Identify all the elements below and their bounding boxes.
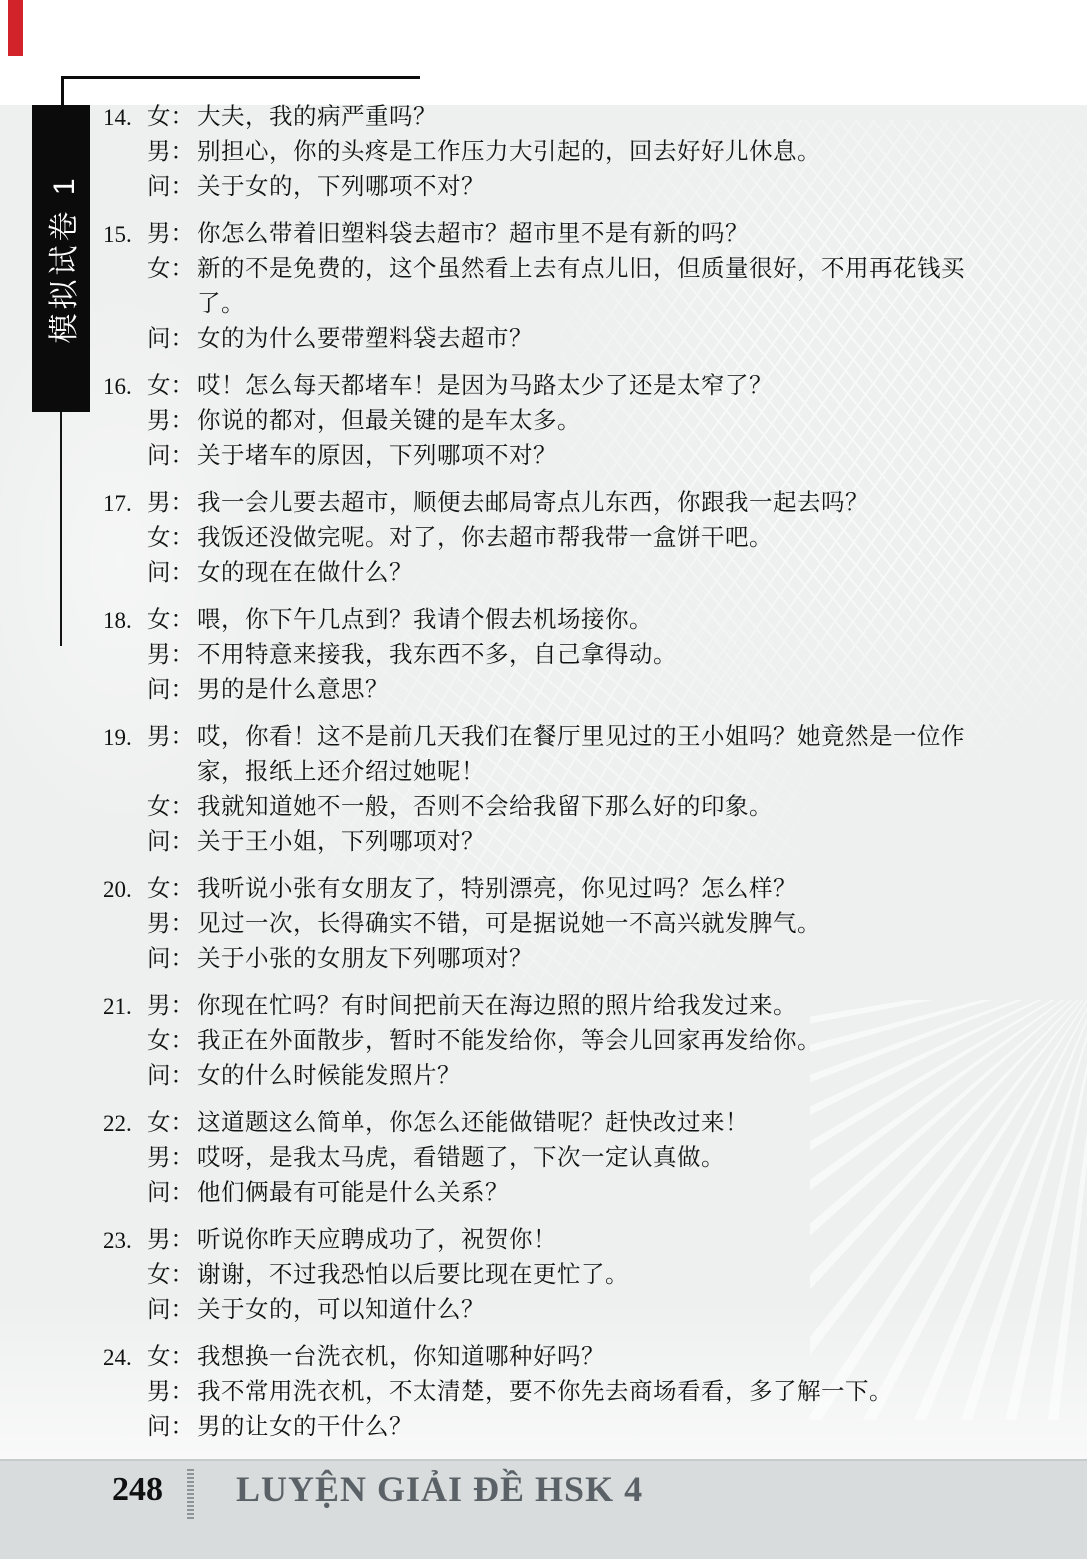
speaker-label: 男：	[147, 1375, 197, 1410]
dialogue-text: 女的现在在做什么？	[197, 556, 413, 591]
speaker-label: 女：	[147, 790, 197, 825]
dialogue-text: 谢谢，不过我恐怕以后要比现在更忙了。	[197, 1258, 629, 1293]
dialogue-text: 喂，你下午几点到？我请个假去机场接你。	[197, 603, 653, 638]
header-rule-vertical	[61, 76, 64, 108]
dialogue-line: 问：关于女的，可以知道什么？	[147, 1293, 1033, 1328]
dialogue-line: 男：你现在忙吗？有时间把前天在海边照的照片给我发过来。	[147, 989, 1033, 1024]
item-number: 16.	[103, 369, 132, 404]
speaker-label: 女：	[147, 1340, 197, 1375]
dialogue-text: 女的为什么要带塑料袋去超市？	[197, 322, 533, 357]
dialogue-line: 男：别担心，你的头疼是工作压力大引起的，回去好好儿休息。	[147, 135, 1033, 170]
speaker-label: 女：	[147, 872, 197, 907]
red-bookmark-mark	[8, 0, 23, 56]
speaker-label: 问：	[147, 1176, 197, 1211]
dialogue-text: 了。	[197, 287, 245, 322]
listening-item: 19.男：哎，你看！这不是前几天我们在餐厅里见过的王小姐吗？她竟然是一位作家，报…	[103, 720, 1033, 860]
dialogue-line: 男：哎，你看！这不是前几天我们在餐厅里见过的王小姐吗？她竟然是一位作	[147, 720, 1033, 755]
dialogue-line: 家，报纸上还介绍过她呢！	[147, 755, 1033, 790]
speaker-label: 男：	[147, 217, 197, 252]
item-number: 15.	[103, 217, 132, 252]
speaker-label: 问：	[147, 1059, 197, 1094]
speaker-label	[147, 287, 197, 322]
listening-item: 24.女：我想换一台洗衣机，你知道哪种好吗？男：我不常用洗衣机，不太清楚，要不你…	[103, 1340, 1033, 1445]
dialogue-text: 男的是什么意思？	[197, 673, 389, 708]
dialogue-line: 问：关于小张的女朋友下列哪项对？	[147, 942, 1033, 977]
dialogue-text: 我饭还没做完呢。对了，你去超市帮我带一盒饼干吧。	[197, 521, 773, 556]
item-number: 18.	[103, 603, 132, 638]
listening-item: 17.男：我一会儿要去超市，顺便去邮局寄点儿东西，你跟我一起去吗？女：我饭还没做…	[103, 486, 1033, 591]
listening-item: 16.女：哎！怎么每天都堵车！是因为马路太少了还是太窄了？男：你说的都对，但最关…	[103, 369, 1033, 474]
dialogue-text: 哎，你看！这不是前几天我们在餐厅里见过的王小姐吗？她竟然是一位作	[197, 720, 965, 755]
dialogue-text: 关于女的，可以知道什么？	[197, 1293, 485, 1328]
dialogue-line: 女：我就知道她不一般，否则不会给我留下那么好的印象。	[147, 790, 1033, 825]
dialogue-text: 我就知道她不一般，否则不会给我留下那么好的印象。	[197, 790, 773, 825]
dialogue-line: 女：哎！怎么每天都堵车！是因为马路太少了还是太窄了？	[147, 369, 1033, 404]
dialogue-line: 问：关于女的，下列哪项不对？	[147, 170, 1033, 205]
dialogue-text: 女的什么时候能发照片？	[197, 1059, 461, 1094]
speaker-label: 女：	[147, 1024, 197, 1059]
dialogue-line: 男：不用特意来接我，我东西不多，自己拿得动。	[147, 638, 1033, 673]
dialogue-line: 女：我正在外面散步，暂时不能发给你，等会儿回家再发给你。	[147, 1024, 1033, 1059]
dialogue-text: 我想换一台洗衣机，你知道哪种好吗？	[197, 1340, 605, 1375]
dialogue-text: 你怎么带着旧塑料袋去超市？超市里不是有新的吗？	[197, 217, 749, 252]
dialogue-line: 男：哎呀，是我太马虎，看错题了，下次一定认真做。	[147, 1141, 1033, 1176]
speaker-label: 男：	[147, 486, 197, 521]
sidebar-tab-label: 模拟试卷 1	[39, 174, 83, 343]
item-number: 24.	[103, 1340, 132, 1375]
dialogue-line: 女：喂，你下午几点到？我请个假去机场接你。	[147, 603, 1033, 638]
speaker-label: 问：	[147, 322, 197, 357]
speaker-label: 男：	[147, 907, 197, 942]
dialogue-line: 女：我饭还没做完呢。对了，你去超市帮我带一盒饼干吧。	[147, 521, 1033, 556]
book-page: 模拟试卷 1 14.女：大夫，我的病严重吗？男：别担心，你的头疼是工作压力大引起…	[0, 0, 1087, 1559]
dialogue-line: 问：女的为什么要带塑料袋去超市？	[147, 322, 1033, 357]
listening-item: 23.男：听说你昨天应聘成功了，祝贺你！女：谢谢，不过我恐怕以后要比现在更忙了。…	[103, 1223, 1033, 1328]
dialogue-line: 男：你说的都对，但最关键的是车太多。	[147, 404, 1033, 439]
speaker-label: 女：	[147, 252, 197, 287]
speaker-label: 女：	[147, 1106, 197, 1141]
speaker-label: 问：	[147, 825, 197, 860]
dialogue-line: 男：听说你昨天应聘成功了，祝贺你！	[147, 1223, 1033, 1258]
dialogue-line: 了。	[147, 287, 1033, 322]
dialogue-text: 这道题这么简单，你怎么还能做错呢？赶快改过来！	[197, 1106, 749, 1141]
dialogue-text: 大夫，我的病严重吗？	[197, 100, 437, 135]
item-number: 17.	[103, 486, 132, 521]
dialogue-text: 新的不是免费的，这个虽然看上去有点儿旧，但质量很好，不用再花钱买	[197, 252, 965, 287]
dialogue-text: 听说你昨天应聘成功了，祝贺你！	[197, 1223, 557, 1258]
speaker-label: 问：	[147, 439, 197, 474]
dialogue-text: 他们俩最有可能是什么关系？	[197, 1176, 509, 1211]
dialogue-text: 见过一次，长得确实不错，可是据说她一不高兴就发脾气。	[197, 907, 821, 942]
speaker-label: 男：	[147, 989, 197, 1024]
dialogue-line: 女：这道题这么简单，你怎么还能做错呢？赶快改过来！	[147, 1106, 1033, 1141]
dialogue-text: 哎呀，是我太马虎，看错题了，下次一定认真做。	[197, 1141, 725, 1176]
dialogue-line: 女：新的不是免费的，这个虽然看上去有点儿旧，但质量很好，不用再花钱买	[147, 252, 1033, 287]
item-number: 20.	[103, 872, 132, 907]
dialogue-text: 不用特意来接我，我东西不多，自己拿得动。	[197, 638, 677, 673]
listening-item: 21.男：你现在忙吗？有时间把前天在海边照的照片给我发过来。女：我正在外面散步，…	[103, 989, 1033, 1094]
speaker-label: 男：	[147, 404, 197, 439]
speaker-label: 男：	[147, 638, 197, 673]
item-number: 23.	[103, 1223, 132, 1258]
dialogue-text: 男的让女的干什么？	[197, 1410, 413, 1445]
speaker-label: 男：	[147, 720, 197, 755]
item-number: 19.	[103, 720, 132, 755]
sidebar-tab: 模拟试卷 1	[32, 105, 90, 412]
dialogue-text: 我不常用洗衣机，不太清楚，要不你先去商场看看，多了解一下。	[197, 1375, 893, 1410]
page-footer: 248 LUYỆN GIẢI ĐỀ HSK 4	[0, 1459, 1087, 1559]
speaker-label: 女：	[147, 100, 197, 135]
speaker-label: 男：	[147, 135, 197, 170]
dialogue-text: 我一会儿要去超市，顺便去邮局寄点儿东西，你跟我一起去吗？	[197, 486, 869, 521]
speaker-label: 问：	[147, 1410, 197, 1445]
item-number: 22.	[103, 1106, 132, 1141]
speaker-label: 男：	[147, 1141, 197, 1176]
speaker-label: 女：	[147, 603, 197, 638]
dialogue-line: 男：我一会儿要去超市，顺便去邮局寄点儿东西，你跟我一起去吗？	[147, 486, 1033, 521]
footer-divider	[187, 1469, 194, 1519]
dialogue-line: 女：我听说小张有女朋友了，特别漂亮，你见过吗？怎么样？	[147, 872, 1033, 907]
listening-item: 22.女：这道题这么简单，你怎么还能做错呢？赶快改过来！男：哎呀，是我太马虎，看…	[103, 1106, 1033, 1211]
dialogue-line: 问：关于堵车的原因，下列哪项不对？	[147, 439, 1033, 474]
listening-item: 14.女：大夫，我的病严重吗？男：别担心，你的头疼是工作压力大引起的，回去好好儿…	[103, 100, 1033, 205]
tab-rule-vertical	[60, 412, 62, 646]
header-rule-horizontal	[61, 76, 420, 79]
speaker-label: 女：	[147, 521, 197, 556]
speaker-label: 问：	[147, 673, 197, 708]
dialogue-text: 关于王小姐，下列哪项对？	[197, 825, 485, 860]
listening-item: 18.女：喂，你下午几点到？我请个假去机场接你。男：不用特意来接我，我东西不多，…	[103, 603, 1033, 708]
listening-item: 15.男：你怎么带着旧塑料袋去超市？超市里不是有新的吗？女：新的不是免费的，这个…	[103, 217, 1033, 357]
dialogue-line: 问：女的什么时候能发照片？	[147, 1059, 1033, 1094]
book-title: LUYỆN GIẢI ĐỀ HSK 4	[236, 1468, 643, 1510]
dialogue-line: 问：男的是什么意思？	[147, 673, 1033, 708]
dialogue-line: 问：他们俩最有可能是什么关系？	[147, 1176, 1033, 1211]
speaker-label: 女：	[147, 1258, 197, 1293]
speaker-label: 问：	[147, 170, 197, 205]
dialogue-line: 女：谢谢，不过我恐怕以后要比现在更忙了。	[147, 1258, 1033, 1293]
dialogue-text: 你现在忙吗？有时间把前天在海边照的照片给我发过来。	[197, 989, 797, 1024]
dialogue-text: 关于堵车的原因，下列哪项不对？	[197, 439, 557, 474]
dialogue-line: 问：男的让女的干什么？	[147, 1410, 1033, 1445]
speaker-label: 问：	[147, 1293, 197, 1328]
dialogue-text: 家，报纸上还介绍过她呢！	[197, 755, 485, 790]
dialogue-text: 关于女的，下列哪项不对？	[197, 170, 485, 205]
listening-item: 20.女：我听说小张有女朋友了，特别漂亮，你见过吗？怎么样？男：见过一次，长得确…	[103, 872, 1033, 977]
dialogue-line: 男：见过一次，长得确实不错，可是据说她一不高兴就发脾气。	[147, 907, 1033, 942]
speaker-label: 男：	[147, 1223, 197, 1258]
dialogue-line: 女：我想换一台洗衣机，你知道哪种好吗？	[147, 1340, 1033, 1375]
speaker-label: 问：	[147, 942, 197, 977]
speaker-label: 问：	[147, 556, 197, 591]
dialogue-line: 男：你怎么带着旧塑料袋去超市？超市里不是有新的吗？	[147, 217, 1033, 252]
dialogue-line: 女：大夫，我的病严重吗？	[147, 100, 1033, 135]
dialogue-text: 别担心，你的头疼是工作压力大引起的，回去好好儿休息。	[197, 135, 821, 170]
item-number: 14.	[103, 100, 132, 135]
dialogue-line: 男：我不常用洗衣机，不太清楚，要不你先去商场看看，多了解一下。	[147, 1375, 1033, 1410]
speaker-label: 女：	[147, 369, 197, 404]
page-number: 248	[112, 1471, 163, 1509]
dialogue-text: 关于小张的女朋友下列哪项对？	[197, 942, 533, 977]
dialogue-line: 问：女的现在在做什么？	[147, 556, 1033, 591]
dialogue-text: 哎！怎么每天都堵车！是因为马路太少了还是太窄了？	[197, 369, 773, 404]
item-number: 21.	[103, 989, 132, 1024]
speaker-label	[147, 755, 197, 790]
dialogue-text: 你说的都对，但最关键的是车太多。	[197, 404, 581, 439]
dialogue-text: 我正在外面散步，暂时不能发给你，等会儿回家再发给你。	[197, 1024, 821, 1059]
dialogue-line: 问：关于王小姐，下列哪项对？	[147, 825, 1033, 860]
listening-items-list: 14.女：大夫，我的病严重吗？男：别担心，你的头疼是工作压力大引起的，回去好好儿…	[103, 100, 1033, 1457]
dialogue-text: 我听说小张有女朋友了，特别漂亮，你见过吗？怎么样？	[197, 872, 797, 907]
